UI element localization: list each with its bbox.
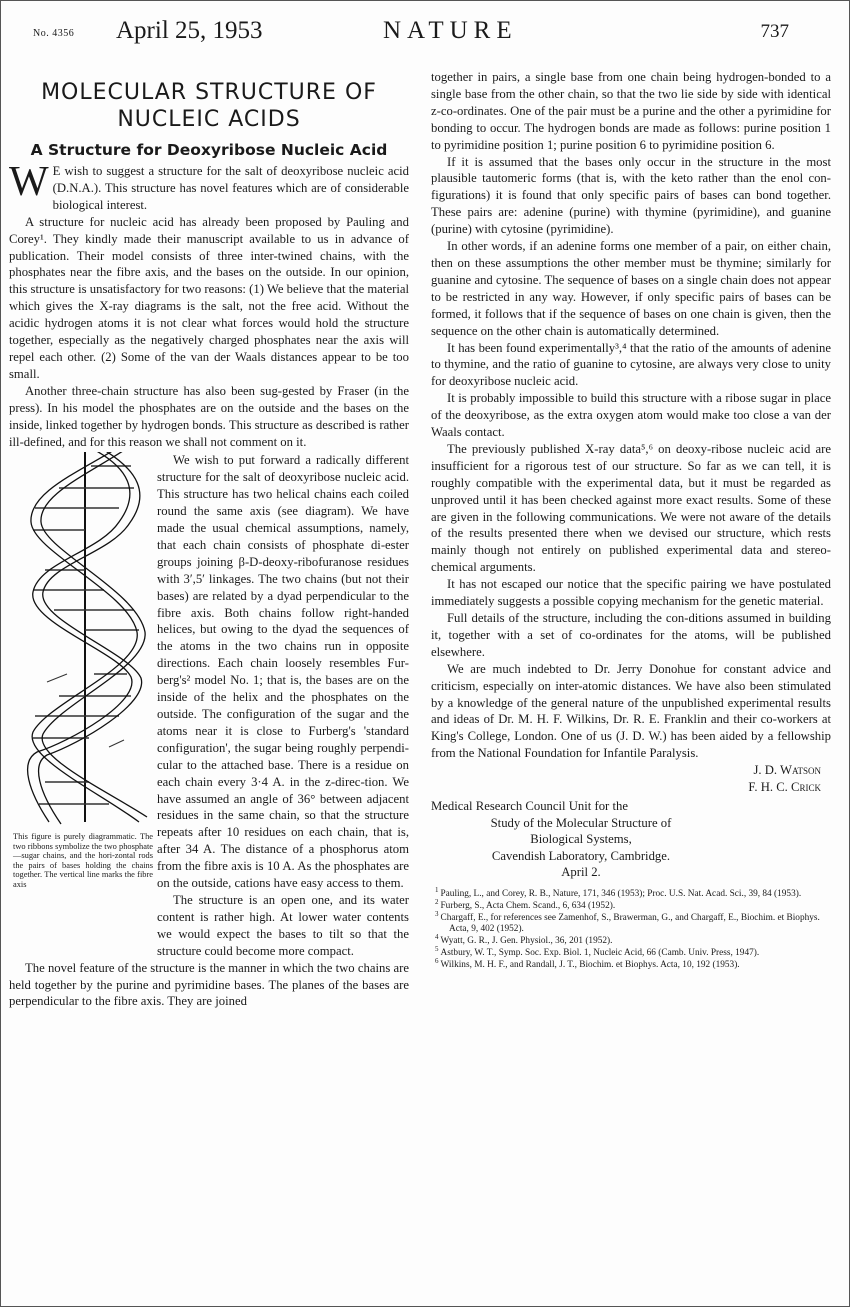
right-column: together in pairs, a single base from on… [431, 69, 831, 972]
author-crick: F. H. C. Crick [431, 779, 821, 796]
paragraph-ratio: It has been found experimentally³,⁴ that… [431, 340, 831, 391]
double-helix-diagram-icon [9, 452, 149, 832]
affiliation-line-2: Study of the Molecular Structure of [431, 815, 731, 832]
affiliation-line-4: Cavendish Laboratory, Cambridge. [431, 848, 731, 865]
drop-cap: W [9, 165, 49, 199]
reference-text: Wyatt, G. R., J. Gen. Physiol., 36, 201 … [441, 936, 613, 946]
affiliation-date: April 2. [431, 864, 731, 881]
reference-text: Pauling, L., and Corey, R. B., Nature, 1… [441, 889, 802, 899]
title-line-2: NUCLEIC ACIDS [117, 107, 300, 132]
reference-number: 4 [435, 933, 439, 941]
paragraph-tautomeric-forms: If it is assumed that the bases only occ… [431, 154, 831, 239]
intro-text: E wish to suggest a structure for the sa… [53, 164, 409, 212]
paragraph-xray-data: The previously published X-ray data⁵,⁶ o… [431, 441, 831, 576]
reference-text: Wilkins, M. H. F., and Randall, J. T., B… [441, 960, 740, 970]
reference-number: 1 [435, 886, 439, 894]
left-column: MOLECULAR STRUCTURE OF NUCLEIC ACIDS A S… [9, 71, 409, 1010]
reference-number: 5 [435, 945, 439, 953]
paragraph-copying-mechanism: It has not escaped our notice that the s… [431, 576, 831, 610]
reference-number: 2 [435, 898, 439, 906]
title-line-1: MOLECULAR STRUCTURE OF [41, 80, 377, 105]
references-list: 1Pauling, L., and Corey, R. B., Nature, … [431, 889, 831, 971]
paragraph-fraser: Another three-chain structure has also b… [9, 383, 409, 451]
author-signatures: J. D. Watson F. H. C. Crick [431, 762, 831, 796]
reference-text: Astbury, W. T., Symp. Soc. Exp. Biol. 1,… [441, 948, 760, 958]
paragraph-acknowledgements: We are much indebted to Dr. Jerry Donohu… [431, 661, 831, 762]
reference-item: 3Chargaff, E., for references see Zamenh… [431, 913, 831, 935]
affiliation-line-1: Medical Research Council Unit for the [431, 798, 731, 815]
issue-number: No. 4356 [33, 28, 74, 39]
affiliation: Medical Research Council Unit for the St… [431, 798, 831, 881]
page-number: 737 [761, 21, 790, 43]
article-subtitle: A Structure for Deoxyribose Nucleic Acid [9, 141, 409, 159]
affiliation-line-3: Biological Systems, [431, 831, 731, 848]
paragraph-intro: WE wish to suggest a structure for the s… [9, 163, 409, 214]
article-title: MOLECULAR STRUCTURE OF NUCLEIC ACIDS [9, 79, 409, 133]
paragraph-sequence: In other words, if an adenine forms one … [431, 238, 831, 339]
reference-text: Furberg, S., Acta Chem. Scand., 6, 634 (… [441, 901, 616, 911]
paragraph-pauling-corey: A structure for nucleic acid has already… [9, 214, 409, 383]
reference-number: 6 [435, 957, 439, 965]
paragraph-base-pairing: together in pairs, a single base from on… [431, 69, 831, 154]
reference-item: 6Wilkins, M. H. F., and Randall, J. T., … [431, 960, 831, 971]
reference-item: 4Wyatt, G. R., J. Gen. Physiol., 36, 201… [431, 936, 831, 947]
double-helix-figure: This figure is purely diagrammatic. The … [9, 452, 149, 957]
issue-date: April 25, 1953 [116, 17, 263, 45]
author-watson: J. D. Watson [431, 762, 821, 779]
paragraph-full-details: Full details of the structure, including… [431, 610, 831, 661]
paragraph-ribose: It is probably impossible to build this … [431, 390, 831, 441]
running-header: No. 4356 April 25, 1953 NATURE 737 [33, 17, 789, 47]
paragraph-novel-feature: The novel feature of the structure is th… [9, 960, 409, 1011]
reference-number: 3 [435, 910, 439, 918]
figure-caption: This figure is purely diagrammatic. The … [13, 832, 153, 889]
reference-item: 5Astbury, W. T., Symp. Soc. Exp. Biol. 1… [431, 948, 831, 959]
reference-item: 2Furberg, S., Acta Chem. Scand., 6, 634 … [431, 901, 831, 912]
journal-name: NATURE [383, 17, 518, 45]
reference-item: 1Pauling, L., and Corey, R. B., Nature, … [431, 889, 831, 900]
reference-text: Chargaff, E., for references see Zamenho… [441, 913, 820, 934]
fraser-text: Another three-chain structure has also b… [9, 384, 409, 449]
journal-page: No. 4356 April 25, 1953 NATURE 737 MOLEC… [0, 0, 850, 1307]
